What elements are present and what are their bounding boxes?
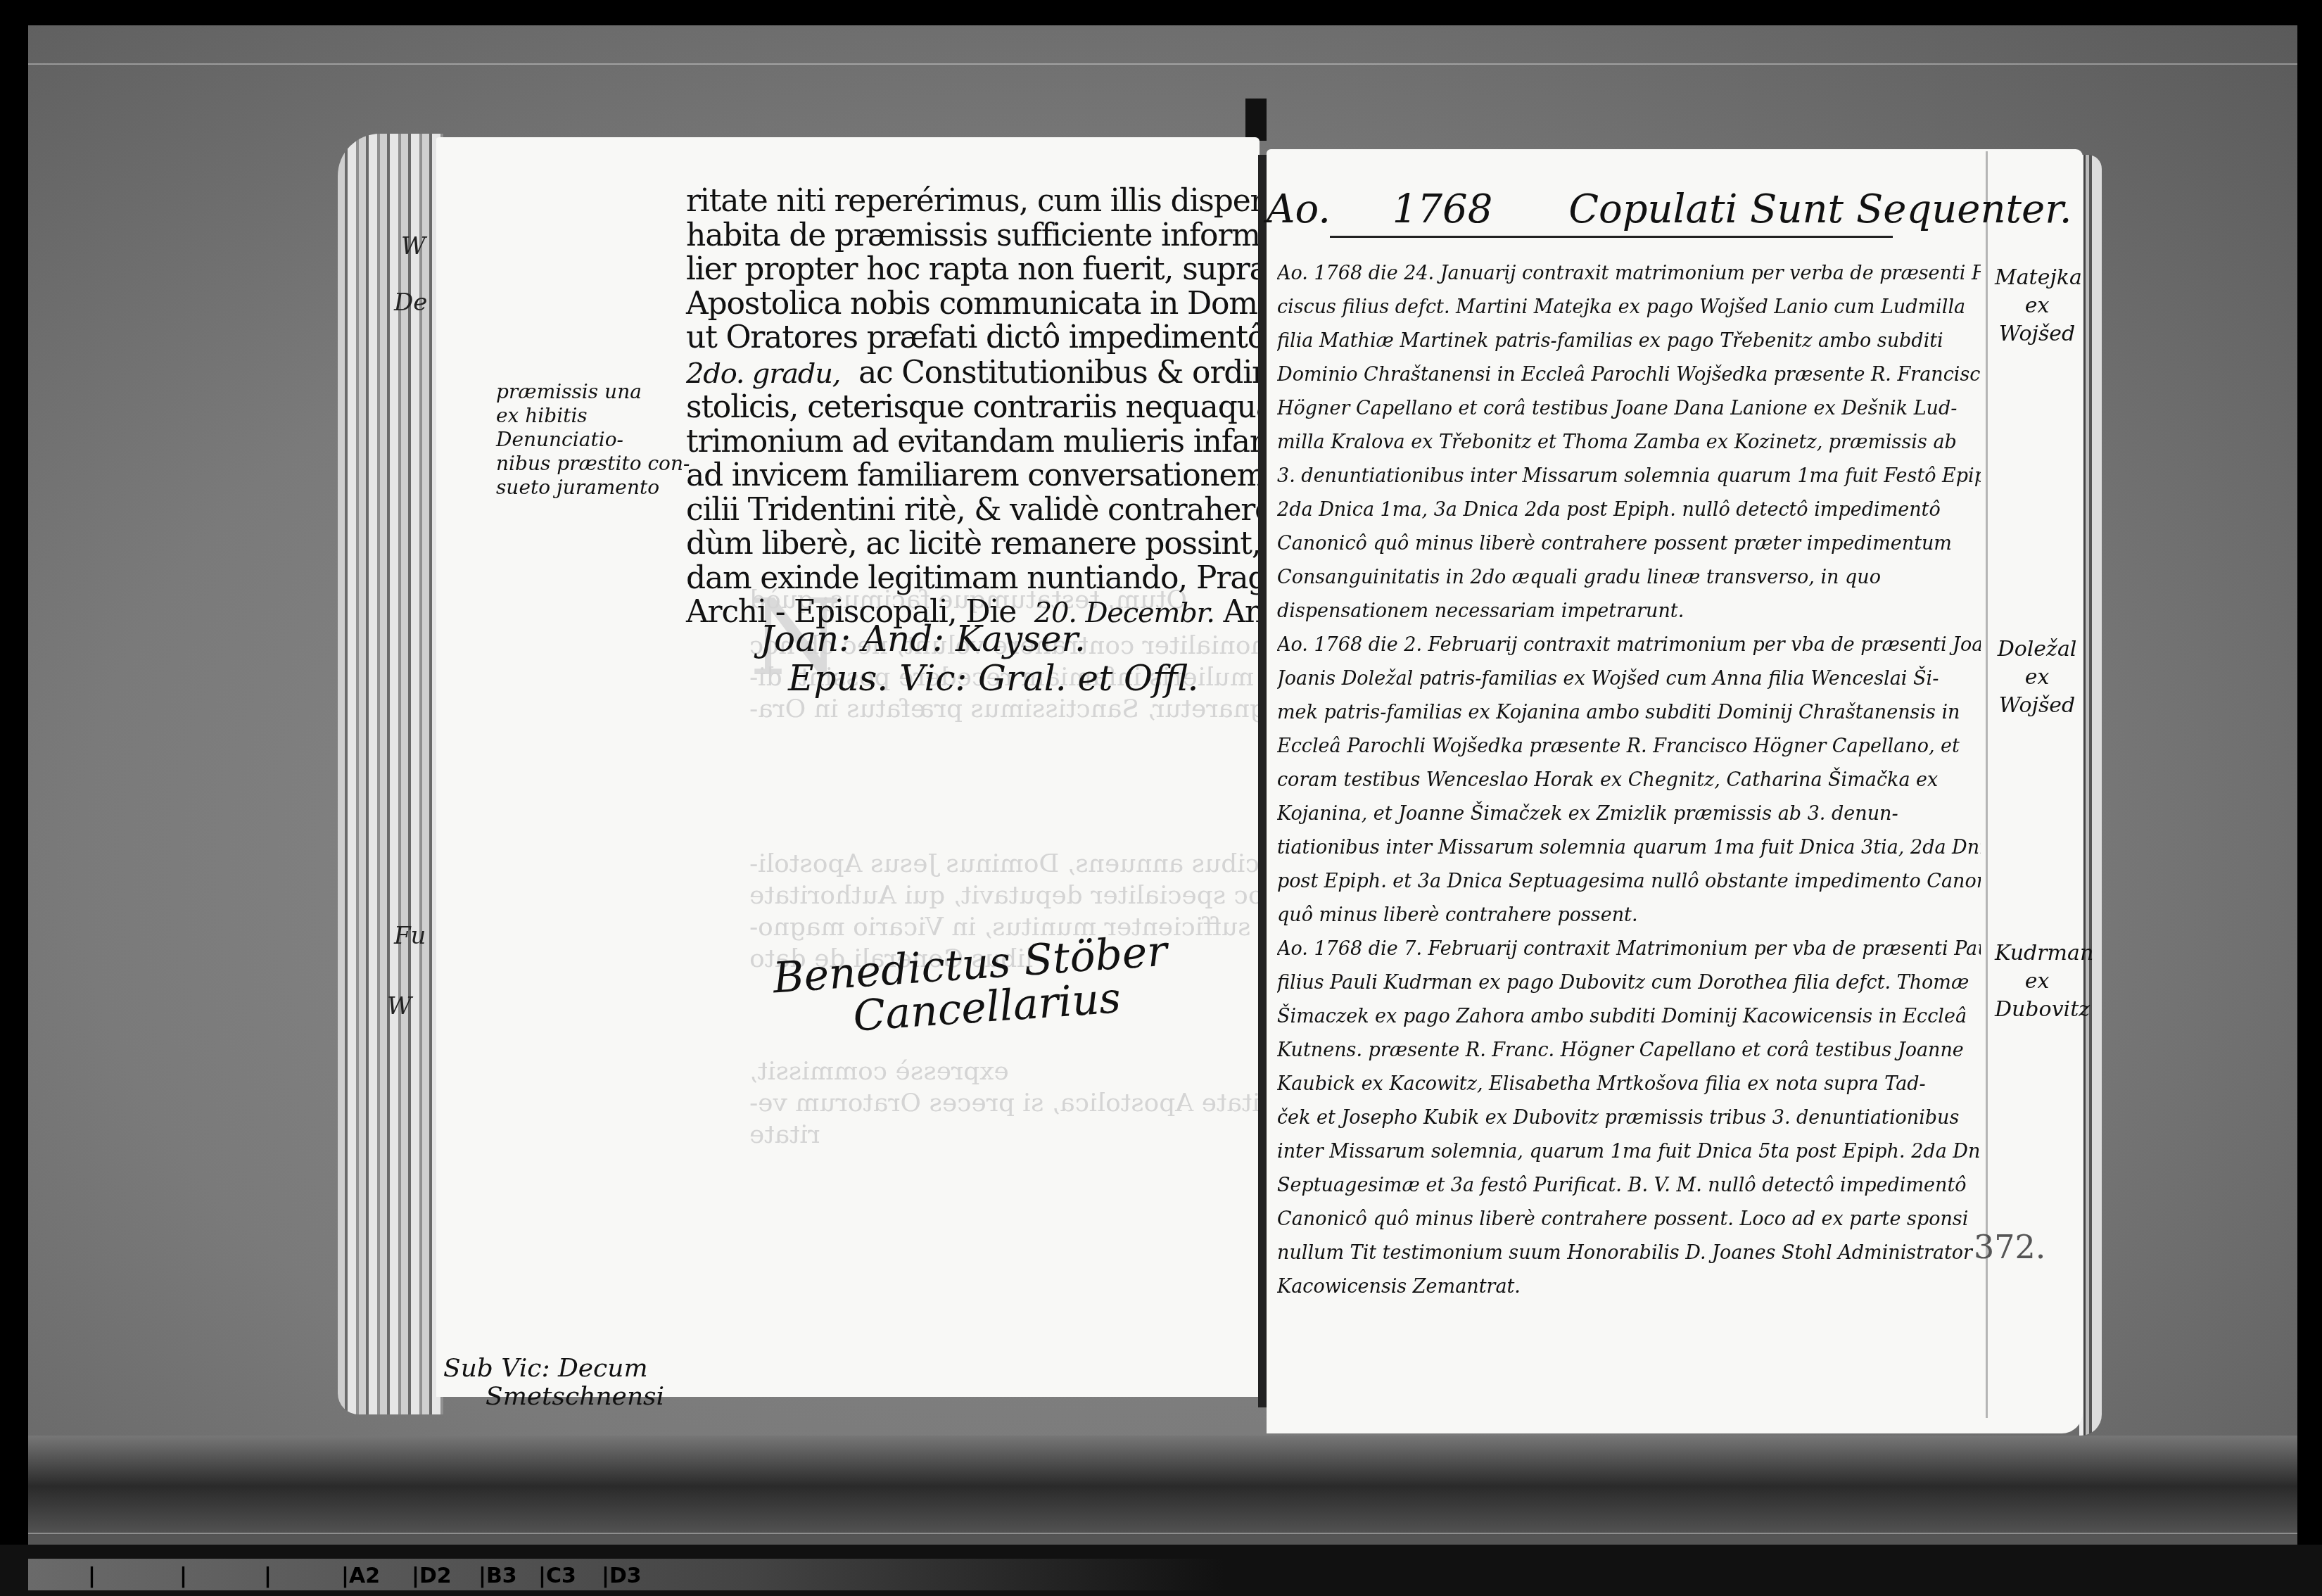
print-line: ut Oratores præfati dictô impedimentô Co…	[686, 321, 1249, 356]
note-line: Sub Vic: Decum	[443, 1355, 664, 1383]
film-mark: |D3	[602, 1564, 642, 1588]
margin-word: ex	[1995, 292, 2079, 320]
margin-word: ex	[1995, 664, 2079, 692]
film-mark: |	[88, 1564, 96, 1588]
table-shadow	[28, 1436, 2297, 1548]
entry-line: nullum Tit testimonium suum Honorabilis …	[1277, 1236, 1981, 1270]
entry-line: 3. denuntiationibus inter Missarum solem…	[1277, 460, 1981, 493]
entry-line: Kojanina, et Joanne Šimačzek ex Zmizlik …	[1277, 797, 1981, 831]
spine-marginalia: W	[387, 992, 412, 1020]
film-mark: |D2	[412, 1564, 452, 1588]
print-line: Apostolica nobis communicata in Domino d…	[686, 287, 1249, 322]
entry-line: Septuagesimæ et 3a festô Purificat. B. V…	[1277, 1169, 1981, 1203]
entry-line: Šimaczek ex pago Zahora ambo subditi Dom…	[1277, 1000, 1981, 1034]
entry-line: Ao. 1768 die 24. Januarij contraxit matr…	[1277, 257, 1981, 291]
signature-line: Epus. Vic: Gral. et Offl.	[788, 659, 1198, 698]
entry-line: 2da Dnica 1ma, 3a Dnica 2da post Epiph. …	[1277, 493, 1981, 527]
entry-line: Ao. 1768 die 2. Februarij contraxit matr…	[1277, 628, 1981, 662]
entry-line: filius Pauli Kudrman ex pago Dubovitz cu…	[1277, 966, 1981, 1000]
film-mark: |	[264, 1564, 272, 1588]
entry-line: Kutnens. præsente R. Franc. Högner Capel…	[1277, 1034, 1981, 1068]
margin-note-line: nibus præstito con-	[496, 452, 707, 476]
signature-line: Joan: And: Kayser.	[760, 619, 1198, 659]
heading-underline	[1330, 236, 1893, 238]
margin-surname-note: MatejkaexWojšed	[1995, 264, 2079, 348]
entry-line: mek patris-familias ex Kojanina ambo sub…	[1277, 696, 1981, 730]
entry-line: post Epiph. et 3a Dnica Septuagesima nul…	[1277, 865, 1981, 899]
film-mark: |C3	[538, 1564, 576, 1588]
spine-marginalia: Fu	[394, 922, 426, 950]
margin-word: Doležal	[1995, 635, 2079, 664]
print-line: ad invicem familiarem conversationem, ad…	[686, 459, 1249, 493]
spine-shadow	[1245, 99, 1267, 141]
marriage-entries: Ao. 1768 die 24. Januarij contraxit matr…	[1277, 257, 1981, 1304]
entry-line: coram testibus Wenceslao Horak ex Chegni…	[1277, 764, 1981, 797]
entry-line: Eccleâ Parochli Wojšedka præsente R. Fra…	[1277, 730, 1981, 764]
film-mark: |	[179, 1564, 187, 1588]
entry-line: ciscus filius defct. Martini Matejka ex …	[1277, 291, 1981, 324]
entry-line: Kacowicensis Zemantrat.	[1277, 1270, 1981, 1304]
bleed-through-line: expressè commissit,	[749, 1056, 1009, 1088]
entry-line: Canonicô quô minus liberè contrahere pos…	[1277, 1203, 1981, 1236]
film-mark: |A2	[341, 1564, 380, 1588]
printed-dispensation-text: ritate niti reperérimus, cum illis dispe…	[686, 184, 1249, 631]
note-line: Smetschnensi	[486, 1383, 664, 1411]
bleed-through-line: ad hoc specialiter deputavit, qui Author…	[749, 880, 1319, 912]
entry-line: dispensationem necessariam impetrarunt.	[1277, 595, 1981, 628]
entry-line: Ao. 1768 die 7. Februarij contraxit Matr…	[1277, 932, 1981, 966]
print-line: ritate niti reperérimus, cum illis dispe…	[686, 184, 1249, 219]
margin-word: Wojšed	[1995, 692, 2079, 720]
print-line: cilii Tridentini ritè, & validè contrahe…	[686, 493, 1249, 528]
print-line: dam exinde legitimam nuntiando, Pragæ in…	[686, 562, 1249, 596]
film-scratch	[28, 63, 2297, 65]
heading-year: 1768	[1392, 186, 1493, 232]
bleed-through-line: ritate	[749, 1119, 820, 1151]
entry-line: Canonicô quô minus liberè contrahere pos…	[1277, 527, 1981, 561]
print-line: 2do. gradu, ac Constitutionibus & ordina…	[686, 356, 1249, 391]
print-line: trimonium ad evitandam mulieris infamiam…	[686, 425, 1249, 460]
margin-word: ex	[1995, 968, 2079, 996]
entry-line: quô minus liberè contrahere possent.	[1277, 899, 1981, 932]
heading-title: Copulati Sunt Sequenter.	[1568, 186, 2072, 232]
print-line: lier propter hoc rapta non fuerit, supra…	[686, 253, 1249, 287]
margin-word: Dubovitz	[1995, 996, 2079, 1024]
entry-line: Kaubick ex Kacowitz, Elisabetha Mrtkošov…	[1277, 1068, 1981, 1101]
margin-word: Wojšed	[1995, 320, 2079, 348]
sub-vicariate-note: Sub Vic: Decum Smetschnensi	[443, 1355, 664, 1411]
spine-marginalia: W	[401, 232, 426, 260]
margin-note-line: sueto juramento	[496, 476, 707, 500]
vicar-signature: Joan: And: Kayser. Epus. Vic: Gral. et O…	[760, 619, 1198, 698]
margin-surname-note: DoležalexWojšed	[1995, 635, 2079, 720]
film-scratch	[28, 1533, 2297, 1534]
entry-line: ček et Josepho Kubik ex Dubovitz præmiss…	[1277, 1101, 1981, 1135]
folio-number: 372.	[1974, 1228, 2045, 1266]
entry-line: inter Missarum solemnia, quarum 1ma fuit…	[1277, 1135, 1981, 1169]
entry-line: Dominio Chraštanensi in Eccleâ Parochli …	[1277, 358, 1981, 392]
handwritten-degree: 2do. gradu,	[686, 357, 840, 390]
entry-line: milla Kralova ex Třebonitz et Thoma Zamb…	[1277, 426, 1981, 460]
entry-line: Consanguinitatis in 2do æquali gradu lin…	[1277, 561, 1981, 595]
margin-note-line: ex hibitis Denunciatio-	[496, 404, 707, 452]
entry-line: tiationibus inter Missarum solemnia quar…	[1277, 831, 1981, 865]
print-line: dùm liberè, ac licitè remanere possint, …	[686, 527, 1249, 562]
margin-annotation: præmissis una ex hibitis Denunciatio- ni…	[496, 380, 707, 500]
book-fore-edge-left	[338, 134, 443, 1414]
margin-word: Matejka	[1995, 264, 2079, 292]
margin-surname-note: KudrmanexDubovitz	[1995, 939, 2079, 1024]
print-line: habita de præmissis sufficiente informat…	[686, 219, 1249, 253]
register-heading: Ao. 1768 Copulati Sunt Sequenter.	[1267, 186, 2072, 232]
margin-word: Kudrman	[1995, 939, 2079, 968]
spine-marginalia: De	[394, 289, 427, 317]
entry-line: filia Mathiæ Martinek patris-familias ex…	[1277, 324, 1981, 358]
entry-line: Högner Capellano et corâ testibus Joane …	[1277, 392, 1981, 426]
print-line: stolicis, ceterisque contrariis nequaqua…	[686, 391, 1249, 425]
film-mark: |B3	[478, 1564, 517, 1588]
entry-line: Joanis Doležal patris-familias ex Wojšed…	[1277, 662, 1981, 696]
margin-note-line: præmissis una	[496, 380, 707, 404]
heading-prefix: Ao.	[1267, 186, 1331, 232]
